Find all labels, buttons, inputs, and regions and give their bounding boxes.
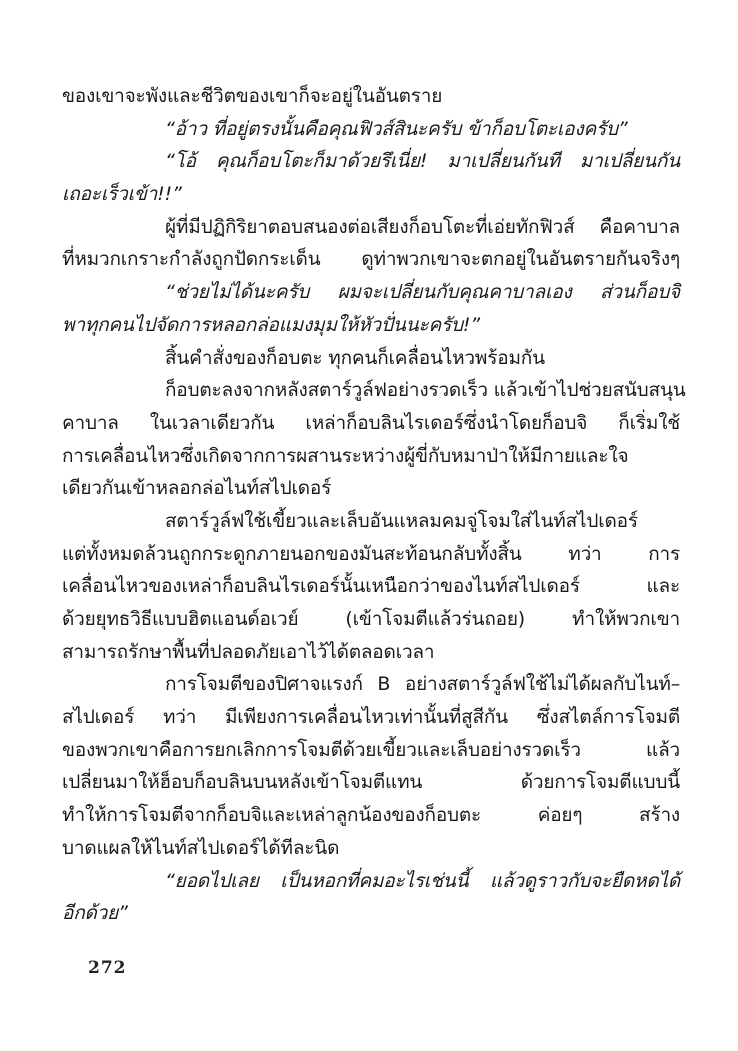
text-line: “ยอดไปเลย เป็นหอกที่คมอะไรเช่นนี้ แล้วดู… [62,865,680,898]
page-body: ของเขาจะพังและชีวิตของเขาก็จะอยู่ในอันตร… [62,80,680,930]
text-line: เดียวกันเข้าหลอกล่อไนท์สไปเดอร์ [62,472,680,505]
text-line: บาดแผลให้ไนท์สไปเดอร์ได้ทีละนิด [62,832,680,865]
text-line: สไปเดอร์ ทว่า มีเพียงการเคลื่อนไหวเท่านั… [62,701,680,734]
text-line: “โอ้ คุณก็อบโตะก็มาด้วยรึเนี่ย! มาเปลี่ย… [62,145,680,178]
text-line: การเคลื่อนไหวซึ่งเกิดจากการผสานระหว่างผู… [62,440,680,473]
text-line: ผู้ที่มีปฏิกิริยาตอบสนองต่อเสียงก็อบโตะท… [62,211,680,244]
text-line: “ช่วยไม่ได้นะครับ ผมจะเปลี่ยนกับคุณคาบาล… [62,276,680,309]
text-line: เปลี่ยนมาให้ฮ็อบก็อบลินบนหลังเข้าโจมตีแท… [62,766,680,799]
text-line: สตาร์วูล์ฟใช้เขี้ยวและเล็บอันแหลมคมจู่โจ… [62,505,680,538]
text-line: ทำให้การโจมตีจากก็อบจิและเหล่าลูกน้องของ… [62,799,680,832]
text-line: “อ้าว ที่อยู่ตรงนั้นคือคุณฟิวส์สินะครับ … [62,113,680,146]
page-number: 272 [88,958,127,978]
text-line: สามารถรักษาพื้นที่ปลอดภัยเอาไว้ได้ตลอดเว… [62,636,680,669]
text-line: ของเขาจะพังและชีวิตของเขาก็จะอยู่ในอันตร… [62,80,680,113]
text-line: คาบาล ในเวลาเดียวกัน เหล่าก็อบลินไรเดอร์… [62,407,680,440]
text-line: ของพวกเขาคือการยกเลิกการโจมตีด้วยเขี้ยวแ… [62,734,680,767]
text-line: อีกด้วย” [62,897,680,930]
text-line: เถอะเร็วเข้า!!” [62,178,680,211]
text-line: การโจมตีของปิศาจแรงก์ B อย่างสตาร์วูล์ฟใ… [62,668,680,701]
text-line: เคลื่อนไหวของเหล่าก็อบลินไรเดอร์นั้นเหนื… [62,570,680,603]
text-line: ที่หมวกเกราะกำลังถูกปัดกระเด็น ดูท่าพวกเ… [62,243,680,276]
text-line: พาทุกคนไปจัดการหลอกล่อแมงมุมให้หัวปั่นนะ… [62,309,680,342]
text-line: สิ้นคำสั่งของก็อบตะ ทุกคนก็เคลื่อนไหวพร้… [62,342,680,375]
text-line: แต่ทั้งหมดล้วนถูกกระดูกภายนอกของมันสะท้อ… [62,538,680,571]
text-line: ก็อบตะลงจากหลังสตาร์วูล์ฟอย่างรวดเร็ว แล… [62,374,680,407]
text-line: ด้วยยุทธวิธีแบบฮิตแอนด์อเวย์ (เข้าโจมตีแ… [62,603,680,636]
